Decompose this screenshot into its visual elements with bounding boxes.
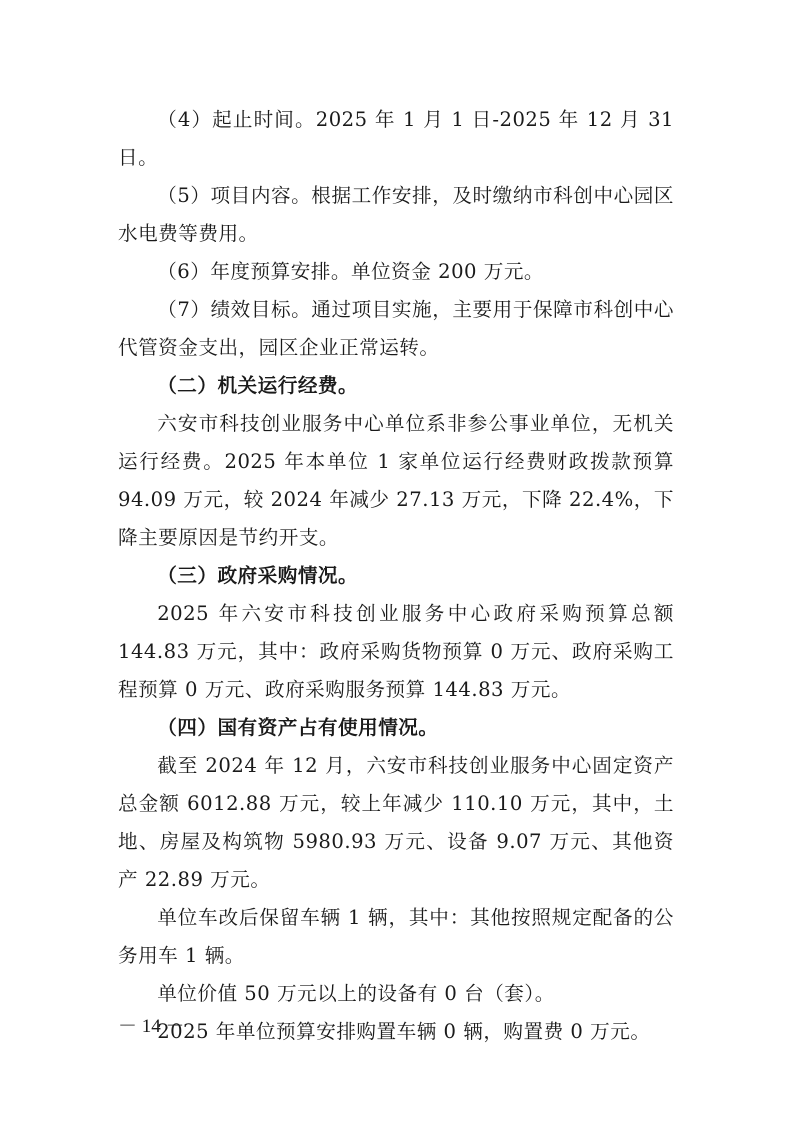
paragraph-annual-budget: （6）年度预算安排。单位资金 200 万元。 xyxy=(118,253,674,291)
paragraph-fixed-assets: 截至 2024 年 12 月，六安市科技创业服务中心固定资产总金额 6012.8… xyxy=(118,747,674,899)
paragraph-vehicle-purchase: 2025 年单位预算安排购置车辆 0 辆，购置费 0 万元。 xyxy=(118,1013,674,1051)
section-heading-procurement: （三）政府采购情况。 xyxy=(118,557,674,595)
paragraph-start-end-time: （4）起止时间。2025 年 1 月 1 日-2025 年 12 月 31 日。 xyxy=(118,101,674,177)
paragraph-performance-target: （7）绩效目标。通过项目实施，主要用于保障市科创中心代管资金支出，园区企业正常运… xyxy=(118,291,674,367)
section-heading-operating-expenses: （二）机关运行经费。 xyxy=(118,367,674,405)
paragraph-procurement: 2025 年六安市科技创业服务中心政府采购预算总额 144.83 万元，其中：政… xyxy=(118,595,674,709)
paragraph-operating-expenses: 六安市科技创业服务中心单位系非参公事业单位，无机关运行经费。2025 年本单位 … xyxy=(118,405,674,557)
page-number: － 14 － xyxy=(118,1011,185,1038)
paragraph-vehicles: 单位车改后保留车辆 1 辆，其中：其他按照规定配备的公务用车 1 辆。 xyxy=(118,899,674,975)
document-body: （4）起止时间。2025 年 1 月 1 日-2025 年 12 月 31 日。… xyxy=(118,101,674,1051)
paragraph-equipment: 单位价值 50 万元以上的设备有 0 台（套）。 xyxy=(118,975,674,1013)
section-heading-state-assets: （四）国有资产占有使用情况。 xyxy=(118,709,674,747)
paragraph-project-content: （5）项目内容。根据工作安排，及时缴纳市科创中心园区水电费等费用。 xyxy=(118,177,674,253)
